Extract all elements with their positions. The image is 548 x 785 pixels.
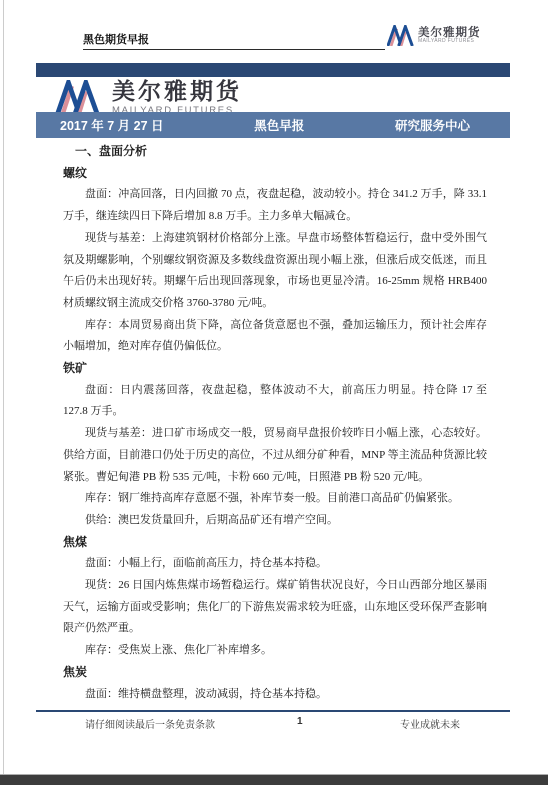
commodity-name: 焦煤 — [63, 532, 487, 554]
report-paragraph: 盘面：小幅上行，面临前高压力，持仓基本持稳。 — [63, 553, 487, 575]
footer-divider — [36, 710, 510, 712]
mailyard-m-icon — [55, 80, 101, 114]
report-date: 2017 年 7 月 27 日 — [60, 116, 164, 134]
mailyard-m-icon — [387, 25, 414, 46]
page-number: 1 — [297, 716, 303, 727]
doc-header-title: 黑色期货早报 — [83, 31, 149, 47]
report-body: 一、盘面分析 螺纹 盘面：冲高回落，日内回撤 70 点，夜盘起稳，波动较小。持仓… — [63, 141, 487, 705]
commodity-name: 焦炭 — [63, 662, 487, 684]
analysis-heading: 一、盘面分析 — [63, 141, 487, 163]
footer-slogan: 专业成就未来 — [400, 716, 460, 731]
report-paragraph: 盘面：维持横盘整理，波动减弱，持仓基本持稳。 — [63, 684, 487, 706]
report-paragraph: 现货与基差：进口矿市场成交一般，贸易商早盘报价较昨日小幅上涨，心态较好。供给方面… — [63, 423, 487, 488]
report-paragraph: 现货与基差：上海建筑钢材价格部分上涨。早盘市场整体暂稳运行，盘中受外围气氛及期螺… — [63, 228, 487, 315]
commodity-name: 螺纹 — [63, 163, 487, 185]
commodity-section: 焦炭 盘面：维持横盘整理，波动减弱，持仓基本持稳。 — [63, 662, 487, 705]
report-paragraph: 库存：本周贸易商出货下降，高位备货意愿也不强，叠加运输压力，预计社会库存小幅增加… — [63, 315, 487, 358]
brand-name-cn: 美尔雅期货 — [112, 80, 242, 103]
info-bar: 2017 年 7 月 27 日 黑色早报 研究服务中心 — [36, 112, 510, 138]
navy-divider-bar — [36, 63, 510, 77]
report-paragraph: 盘面：冲高回落，日内回撤 70 点，夜盘起稳，波动较小。持仓 341.2 万手，… — [63, 184, 487, 227]
report-name: 黑色早报 — [254, 116, 304, 134]
report-paragraph: 现货：26 日国内炼焦煤市场暂稳运行。煤矿销售状况良好，今日山西部分地区暴雨天气… — [63, 575, 487, 640]
report-paragraph: 库存：钢厂维持高库存意愿不强，补库节奏一般。目前港口高品矿仍偏紧张。 — [63, 488, 487, 510]
viewer-bottom-bar — [0, 775, 548, 785]
brand-logo-small: 美尔雅期货 MAILYARD FUTURES — [387, 25, 481, 46]
commodity-section: 焦煤 盘面：小幅上行，面临前高压力，持仓基本持稳。现货：26 日国内炼焦煤市场暂… — [63, 532, 487, 662]
report-paragraph: 盘面：日内震荡回落，夜盘起稳，整体波动不大，前高压力明显。持仓降 17 至 12… — [63, 380, 487, 423]
header-underline — [83, 49, 385, 50]
report-paragraph: 供给：澳巴发货量回升，后期高品矿还有增产空间。 — [63, 510, 487, 532]
brand-logo-large: 美尔雅期货 MAILYARD FUTURES — [55, 80, 242, 116]
commodity-section: 铁矿 盘面：日内震荡回落，夜盘起稳，整体波动不大，前高压力明显。持仓降 17 至… — [63, 358, 487, 532]
report-page: 黑色期货早报 美尔雅期货 MAILYARD FUTURES 美尔雅期货 MAIL… — [0, 0, 548, 785]
footer-disclaimer: 请仔细阅读最后一条免责条款 — [85, 716, 215, 731]
brand-name-en: MAILYARD FUTURES — [418, 39, 481, 44]
commodity-name: 铁矿 — [63, 358, 487, 380]
research-center-label: 研究服务中心 — [395, 116, 470, 134]
report-paragraph: 库存：受焦炭上涨、焦化厂补库增多。 — [63, 640, 487, 662]
page-left-border — [3, 0, 4, 774]
commodity-section: 螺纹 盘面：冲高回落，日内回撤 70 点，夜盘起稳，波动较小。持仓 341.2 … — [63, 163, 487, 358]
commodity-sections: 螺纹 盘面：冲高回落，日内回撤 70 点，夜盘起稳，波动较小。持仓 341.2 … — [63, 163, 487, 706]
